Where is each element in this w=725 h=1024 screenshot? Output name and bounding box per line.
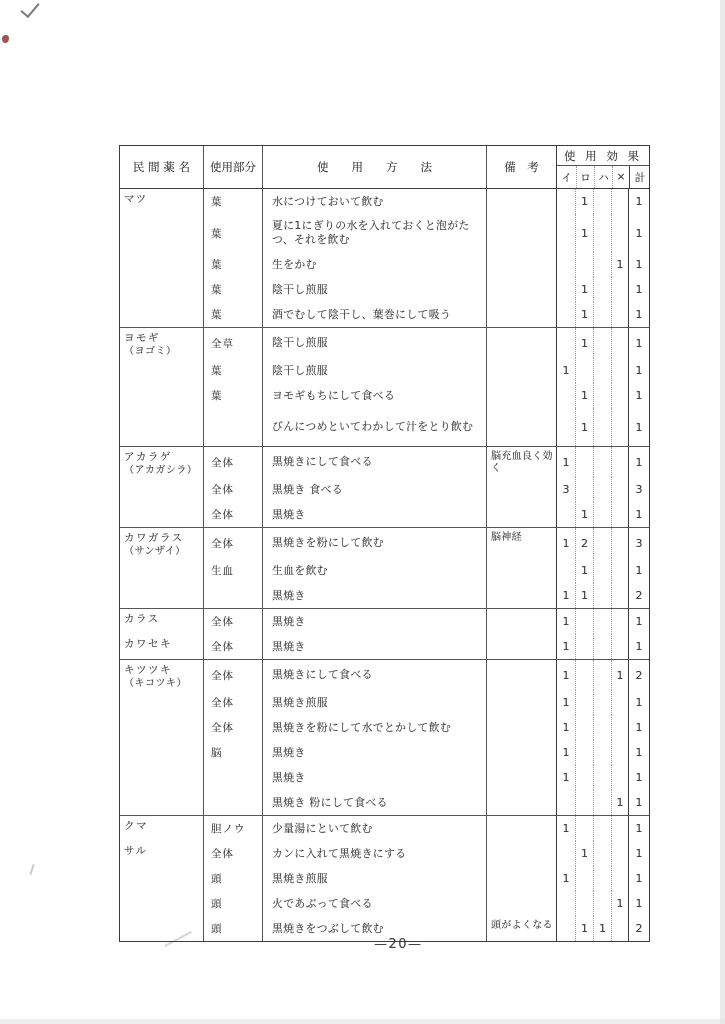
table-row: 黒焼き 粉にして食べる 1 1 bbox=[120, 790, 649, 815]
cell-effect-ro: 1 bbox=[575, 302, 593, 327]
cell-remarks bbox=[486, 558, 556, 583]
cell-effect-i bbox=[556, 189, 575, 214]
table-row: マツ 葉 水につけておいて飲む 1 1 bbox=[120, 189, 649, 214]
cell-used-part: 葉 bbox=[203, 358, 262, 383]
cell-medicine-name: カラス bbox=[120, 609, 203, 634]
cell-remarks bbox=[486, 690, 556, 715]
cell-effect-i bbox=[556, 502, 575, 527]
cell-usage-method: 黒焼き 食べる bbox=[262, 477, 486, 502]
cell-effect-x bbox=[611, 916, 628, 941]
cell-effect-x bbox=[611, 690, 628, 715]
cell-medicine-name: サル bbox=[120, 841, 203, 866]
cell-effect-ro bbox=[575, 634, 593, 659]
cell-usage-method: 黒焼き煎服 bbox=[262, 866, 486, 891]
cell-usage-method: 黒焼き bbox=[262, 634, 486, 659]
cell-usage-method: ヨモギもちにして食べる bbox=[262, 383, 486, 408]
table-row: クマ 胆ノウ 少量湯にといて飲む 1 1 bbox=[120, 815, 649, 841]
cell-effect-total: 1 bbox=[628, 841, 649, 866]
cell-effect-ro: 1 bbox=[575, 408, 593, 446]
cell-used-part: 脳 bbox=[203, 740, 262, 765]
cell-effect-total: 1 bbox=[628, 447, 649, 477]
cell-effect-i bbox=[556, 891, 575, 916]
cell-usage-method: 陰干し煎服 bbox=[262, 277, 486, 302]
cell-effect-i bbox=[556, 328, 575, 358]
cell-effect-ha bbox=[593, 634, 611, 659]
header-effect-col-x: × bbox=[612, 166, 629, 188]
cell-effect-total: 1 bbox=[628, 790, 649, 815]
cell-usage-method: 黒焼きを粉にして水でとかして飲む bbox=[262, 715, 486, 740]
cell-effect-x bbox=[611, 358, 628, 383]
cell-medicine-name bbox=[120, 383, 203, 408]
cell-effect-total: 1 bbox=[628, 558, 649, 583]
cell-medicine-name bbox=[120, 916, 203, 941]
cell-effect-ha bbox=[593, 328, 611, 358]
cell-medicine-name bbox=[120, 558, 203, 583]
cell-used-part: 頭 bbox=[203, 916, 262, 941]
cell-used-part bbox=[203, 790, 262, 815]
cell-effect-ha bbox=[593, 715, 611, 740]
cell-effect-ro bbox=[575, 609, 593, 634]
cell-effect-x bbox=[611, 277, 628, 302]
cell-usage-method: 生血を飲む bbox=[262, 558, 486, 583]
cell-effect-ha bbox=[593, 866, 611, 891]
cell-usage-method: 黒焼き bbox=[262, 609, 486, 634]
cell-remarks bbox=[486, 214, 556, 252]
cell-remarks bbox=[486, 252, 556, 277]
cell-remarks bbox=[486, 634, 556, 659]
cell-effect-x bbox=[611, 447, 628, 477]
cell-used-part: 全体 bbox=[203, 841, 262, 866]
table-row: 葉 夏に1にぎりの水を入れておくと泡がたつ、それを飲む 1 1 bbox=[120, 214, 649, 252]
cell-effect-i: 1 bbox=[556, 740, 575, 765]
header-effect-block: 使 用 効 果 イ ロ ハ × 計 bbox=[556, 146, 649, 188]
cell-effect-ha bbox=[593, 765, 611, 790]
header-usage-method: 使 用 方 法 bbox=[262, 146, 486, 188]
cell-effect-total: 1 bbox=[628, 214, 649, 252]
header-effect-subcolumns: イ ロ ハ × 計 bbox=[557, 166, 649, 188]
cell-usage-method: 黒焼き bbox=[262, 583, 486, 608]
cell-effect-i bbox=[556, 916, 575, 941]
cell-used-part: 頭 bbox=[203, 866, 262, 891]
cell-effect-i: 1 bbox=[556, 765, 575, 790]
cell-effect-x bbox=[611, 583, 628, 608]
cell-effect-x bbox=[611, 634, 628, 659]
header-effect-col-ha: ハ bbox=[594, 166, 612, 188]
cell-effect-ro bbox=[575, 358, 593, 383]
cell-usage-method: 黒焼き 粉にして食べる bbox=[262, 790, 486, 815]
cell-effect-ro: 1 bbox=[575, 189, 593, 214]
cell-effect-x: 1 bbox=[611, 252, 628, 277]
cell-effect-i: 1 bbox=[556, 715, 575, 740]
table-row: カワセキ 全体 黒焼き 1 1 bbox=[120, 634, 649, 659]
table-row: 葉 陰干し煎服 1 1 bbox=[120, 277, 649, 302]
cell-medicine-name: カワセキ bbox=[120, 634, 203, 659]
cell-effect-i: 1 bbox=[556, 866, 575, 891]
header-effect-col-total: 計 bbox=[629, 166, 650, 188]
cell-effect-i bbox=[556, 214, 575, 252]
table-row: 頭 黒焼き煎服 1 1 bbox=[120, 866, 649, 891]
cell-effect-ro bbox=[575, 866, 593, 891]
cell-remarks bbox=[486, 841, 556, 866]
cell-effect-i bbox=[556, 252, 575, 277]
cell-used-part: 全体 bbox=[203, 609, 262, 634]
cell-effect-x bbox=[611, 558, 628, 583]
cell-remarks bbox=[486, 302, 556, 327]
cell-effect-total: 1 bbox=[628, 502, 649, 527]
cell-remarks bbox=[486, 383, 556, 408]
cell-effect-ha bbox=[593, 358, 611, 383]
cell-used-part: 葉 bbox=[203, 214, 262, 252]
cell-effect-ha bbox=[593, 841, 611, 866]
cell-effect-total: 1 bbox=[628, 383, 649, 408]
cell-effect-ha: 1 bbox=[593, 916, 611, 941]
cell-effect-i: 1 bbox=[556, 690, 575, 715]
cell-used-part: 全体 bbox=[203, 634, 262, 659]
cell-usage-method: 少量湯にといて飲む bbox=[262, 816, 486, 841]
cell-usage-method: 黒焼き bbox=[262, 502, 486, 527]
cell-effect-total: 1 bbox=[628, 816, 649, 841]
cell-remarks bbox=[486, 358, 556, 383]
cell-usage-method: 夏に1にぎりの水を入れておくと泡がたつ、それを飲む bbox=[262, 214, 486, 252]
cell-usage-method: びんにつめといてわかして汁をとり飲む bbox=[262, 408, 486, 446]
cell-effect-i: 3 bbox=[556, 477, 575, 502]
cell-effect-i: 1 bbox=[556, 816, 575, 841]
cell-effect-x bbox=[611, 302, 628, 327]
cell-effect-total: 1 bbox=[628, 302, 649, 327]
cell-effect-total: 1 bbox=[628, 634, 649, 659]
cell-usage-method: 酒でむして陰干し、葉巻にして吸う bbox=[262, 302, 486, 327]
cell-remarks bbox=[486, 790, 556, 815]
cell-effect-total: 1 bbox=[628, 891, 649, 916]
cell-effect-total: 1 bbox=[628, 328, 649, 358]
pen-checkmark-artifact bbox=[20, 0, 39, 18]
cell-effect-total: 1 bbox=[628, 740, 649, 765]
table-row: 頭 火であぶって食べる 1 1 bbox=[120, 891, 649, 916]
cell-effect-ro bbox=[575, 740, 593, 765]
cell-effect-ro: 1 bbox=[575, 841, 593, 866]
cell-effect-ha bbox=[593, 891, 611, 916]
cell-effect-x bbox=[611, 866, 628, 891]
cell-effect-ro bbox=[575, 660, 593, 690]
cell-usage-method: カンに入れて黒焼きにする bbox=[262, 841, 486, 866]
cell-effect-ha bbox=[593, 558, 611, 583]
cell-medicine-name bbox=[120, 583, 203, 608]
cell-remarks bbox=[486, 660, 556, 690]
cell-effect-total: 1 bbox=[628, 252, 649, 277]
cell-effect-i bbox=[556, 383, 575, 408]
cell-usage-method: 黒焼き煎服 bbox=[262, 690, 486, 715]
cell-effect-ro bbox=[575, 790, 593, 815]
cell-medicine-name bbox=[120, 866, 203, 891]
cell-medicine-name: カワガラス（サンザイ） bbox=[120, 528, 203, 558]
cell-effect-ha bbox=[593, 690, 611, 715]
cell-effect-x: 1 bbox=[611, 891, 628, 916]
cell-effect-x bbox=[611, 816, 628, 841]
cell-effect-x bbox=[611, 214, 628, 252]
cell-medicine-name bbox=[120, 252, 203, 277]
cell-effect-ro: 1 bbox=[575, 583, 593, 608]
table-row: 脳 黒焼き 1 1 bbox=[120, 740, 649, 765]
page-number: —20— bbox=[374, 937, 423, 952]
cell-effect-ha bbox=[593, 383, 611, 408]
cell-medicine-name bbox=[120, 690, 203, 715]
cell-effect-ro: 1 bbox=[575, 383, 593, 408]
cell-effect-total: 1 bbox=[628, 408, 649, 446]
cell-used-part: 全体 bbox=[203, 477, 262, 502]
cell-effect-i: 1 bbox=[556, 634, 575, 659]
table-row: 葉 陰干し煎服 1 1 bbox=[120, 358, 649, 383]
cell-usage-method: 黒焼き bbox=[262, 765, 486, 790]
cell-medicine-name: ヨモギ（ヨゴミ） bbox=[120, 328, 203, 358]
cell-used-part: 全体 bbox=[203, 528, 262, 558]
cell-effect-ha bbox=[593, 740, 611, 765]
cell-effect-i bbox=[556, 558, 575, 583]
cell-usage-method: 黒焼き bbox=[262, 740, 486, 765]
cell-effect-x bbox=[611, 502, 628, 527]
table-row: カワガラス（サンザイ） 全体 黒焼きを粉にして飲む 脳神経 1 2 3 bbox=[120, 527, 649, 558]
cell-effect-ro bbox=[575, 765, 593, 790]
cell-used-part: 葉 bbox=[203, 383, 262, 408]
table-row: ヨモギ（ヨゴミ） 全草 陰干し煎服 1 1 bbox=[120, 327, 649, 358]
cell-effect-total: 1 bbox=[628, 866, 649, 891]
cell-remarks bbox=[486, 408, 556, 446]
cell-effect-ro bbox=[575, 891, 593, 916]
cell-effect-i bbox=[556, 841, 575, 866]
table-row: 葉 酒でむして陰干し、葉巻にして吸う 1 1 bbox=[120, 302, 649, 327]
cell-medicine-name bbox=[120, 302, 203, 327]
cell-effect-ro bbox=[575, 715, 593, 740]
cell-medicine-name: マツ bbox=[120, 189, 203, 214]
cell-remarks bbox=[486, 891, 556, 916]
cell-effect-ha bbox=[593, 816, 611, 841]
cell-used-part: 全体 bbox=[203, 447, 262, 477]
cell-medicine-name bbox=[120, 790, 203, 815]
table-row: 全体 黒焼きを粉にして水でとかして飲む 1 1 bbox=[120, 715, 649, 740]
cell-used-part: 全体 bbox=[203, 715, 262, 740]
cell-effect-i bbox=[556, 302, 575, 327]
cell-effect-ha bbox=[593, 583, 611, 608]
cell-medicine-name bbox=[120, 408, 203, 446]
cell-remarks bbox=[486, 583, 556, 608]
cell-effect-x bbox=[611, 715, 628, 740]
cell-remarks bbox=[486, 816, 556, 841]
cell-effect-i: 1 bbox=[556, 660, 575, 690]
cell-usage-method: 黒焼きを粉にして飲む bbox=[262, 528, 486, 558]
folk-medicine-table: 民 間 薬 名 使用部分 使 用 方 法 備 考 使 用 効 果 イ ロ ハ ×… bbox=[119, 145, 650, 942]
cell-effect-total: 1 bbox=[628, 715, 649, 740]
cell-effect-i bbox=[556, 408, 575, 446]
table-row: 全体 黒焼き煎服 1 1 bbox=[120, 690, 649, 715]
cell-effect-ha bbox=[593, 502, 611, 527]
cell-effect-x bbox=[611, 328, 628, 358]
header-usage-effect: 使 用 効 果 bbox=[557, 146, 649, 166]
cell-effect-i: 1 bbox=[556, 609, 575, 634]
cell-usage-method: 水につけておいて飲む bbox=[262, 189, 486, 214]
cell-used-part: 葉 bbox=[203, 252, 262, 277]
table-row: 葉 ヨモギもちにして食べる 1 1 bbox=[120, 383, 649, 408]
table-header-row: 民 間 薬 名 使用部分 使 用 方 法 備 考 使 用 効 果 イ ロ ハ ×… bbox=[120, 146, 649, 189]
cell-used-part: 頭 bbox=[203, 891, 262, 916]
table-row: アカラゲ（アカガシラ） 全体 黒焼きにして食べる 脳充血良く効く 1 1 bbox=[120, 446, 649, 477]
cell-effect-x bbox=[611, 408, 628, 446]
table-body: マツ 葉 水につけておいて飲む 1 1 葉 夏に1にぎりの水を入れておくと泡がた… bbox=[120, 189, 649, 941]
cell-effect-ha bbox=[593, 447, 611, 477]
cell-remarks: 頭がよくなる bbox=[486, 916, 556, 941]
cell-effect-ha bbox=[593, 790, 611, 815]
cell-effect-i: 1 bbox=[556, 583, 575, 608]
table-row: びんにつめといてわかして汁をとり飲む 1 1 bbox=[120, 408, 649, 446]
cell-effect-total: 1 bbox=[628, 765, 649, 790]
cell-effect-x bbox=[611, 740, 628, 765]
cell-effect-i: 1 bbox=[556, 528, 575, 558]
cell-used-part bbox=[203, 408, 262, 446]
cell-effect-total: 2 bbox=[628, 660, 649, 690]
cell-effect-ro: 1 bbox=[575, 328, 593, 358]
cell-usage-method: 黒焼きにして食べる bbox=[262, 660, 486, 690]
cell-remarks bbox=[486, 477, 556, 502]
cell-usage-method: 黒焼きにして食べる bbox=[262, 447, 486, 477]
cell-remarks bbox=[486, 189, 556, 214]
cell-remarks: 脳充血良く効く bbox=[486, 447, 556, 477]
cell-used-part: 全草 bbox=[203, 328, 262, 358]
cell-effect-i bbox=[556, 790, 575, 815]
header-used-part: 使用部分 bbox=[203, 146, 262, 188]
cell-remarks bbox=[486, 740, 556, 765]
cell-usage-method: 陰干し煎服 bbox=[262, 358, 486, 383]
cell-remarks: 脳神経 bbox=[486, 528, 556, 558]
cell-effect-ha bbox=[593, 528, 611, 558]
cell-effect-x bbox=[611, 765, 628, 790]
cell-effect-ha bbox=[593, 408, 611, 446]
table-row: カラス 全体 黒焼き 1 1 bbox=[120, 608, 649, 634]
cell-effect-ro: 1 bbox=[575, 214, 593, 252]
cell-effect-x: 1 bbox=[611, 660, 628, 690]
cell-remarks bbox=[486, 328, 556, 358]
cell-medicine-name: キツツキ（キコツキ） bbox=[120, 660, 203, 690]
cell-effect-i: 1 bbox=[556, 447, 575, 477]
table-row: 黒焼き 1 1 bbox=[120, 765, 649, 790]
cell-medicine-name bbox=[120, 740, 203, 765]
cell-used-part: 葉 bbox=[203, 302, 262, 327]
cell-effect-x bbox=[611, 189, 628, 214]
cell-effect-total: 1 bbox=[628, 358, 649, 383]
cell-effect-ro bbox=[575, 252, 593, 277]
cell-medicine-name bbox=[120, 358, 203, 383]
cell-used-part: 葉 bbox=[203, 277, 262, 302]
cell-effect-x: 1 bbox=[611, 790, 628, 815]
table-row: サル 全体 カンに入れて黒焼きにする 1 1 bbox=[120, 841, 649, 866]
cell-effect-total: 1 bbox=[628, 690, 649, 715]
cell-medicine-name bbox=[120, 891, 203, 916]
red-ink-spot-artifact bbox=[2, 35, 9, 43]
header-medicine-name: 民 間 薬 名 bbox=[120, 146, 203, 188]
cell-usage-method: 生をかむ bbox=[262, 252, 486, 277]
cell-remarks bbox=[486, 715, 556, 740]
cell-remarks bbox=[486, 765, 556, 790]
cell-medicine-name: アカラゲ（アカガシラ） bbox=[120, 447, 203, 477]
cell-medicine-name bbox=[120, 477, 203, 502]
table-row: 全体 黒焼き 1 1 bbox=[120, 502, 649, 527]
cell-effect-ha bbox=[593, 214, 611, 252]
cell-remarks bbox=[486, 277, 556, 302]
cell-effect-i bbox=[556, 277, 575, 302]
cell-effect-total: 2 bbox=[628, 583, 649, 608]
cell-medicine-name: クマ bbox=[120, 816, 203, 841]
cell-effect-ha bbox=[593, 477, 611, 502]
header-remarks: 備 考 bbox=[486, 146, 556, 188]
cell-effect-i: 1 bbox=[556, 358, 575, 383]
cell-used-part: 全体 bbox=[203, 502, 262, 527]
cell-effect-x bbox=[611, 609, 628, 634]
cell-effect-total: 3 bbox=[628, 528, 649, 558]
cell-effect-x bbox=[611, 528, 628, 558]
cell-effect-x bbox=[611, 841, 628, 866]
cell-remarks bbox=[486, 502, 556, 527]
header-effect-col-ro: ロ bbox=[576, 166, 594, 188]
cell-effect-ro bbox=[575, 477, 593, 502]
table-row: 黒焼き 1 1 2 bbox=[120, 583, 649, 608]
cell-used-part: 葉 bbox=[203, 189, 262, 214]
cell-effect-ha bbox=[593, 609, 611, 634]
cell-medicine-name bbox=[120, 214, 203, 252]
cell-effect-x bbox=[611, 383, 628, 408]
cell-medicine-name bbox=[120, 715, 203, 740]
cell-effect-ro bbox=[575, 690, 593, 715]
table-row: 生血 生血を飲む 1 1 bbox=[120, 558, 649, 583]
cell-effect-ha bbox=[593, 277, 611, 302]
table-row: 葉 生をかむ 1 1 bbox=[120, 252, 649, 277]
cell-remarks bbox=[486, 609, 556, 634]
cell-medicine-name bbox=[120, 502, 203, 527]
cell-effect-ro: 1 bbox=[575, 277, 593, 302]
cell-usage-method: 陰干し煎服 bbox=[262, 328, 486, 358]
scan-edge-bottom bbox=[0, 1019, 725, 1024]
cell-effect-total: 1 bbox=[628, 277, 649, 302]
cell-effect-ro: 2 bbox=[575, 528, 593, 558]
cell-used-part: 生血 bbox=[203, 558, 262, 583]
cell-used-part: 胆ノウ bbox=[203, 816, 262, 841]
cell-effect-ro: 1 bbox=[575, 502, 593, 527]
cell-effect-ro bbox=[575, 816, 593, 841]
cell-effect-total: 2 bbox=[628, 916, 649, 941]
cell-used-part bbox=[203, 583, 262, 608]
cell-used-part: 全体 bbox=[203, 660, 262, 690]
table-row: 全体 黒焼き 食べる 3 3 bbox=[120, 477, 649, 502]
cell-effect-ro bbox=[575, 447, 593, 477]
cell-medicine-name bbox=[120, 765, 203, 790]
cell-used-part: 全体 bbox=[203, 690, 262, 715]
cell-effect-x bbox=[611, 477, 628, 502]
cell-effect-ha bbox=[593, 660, 611, 690]
cell-effect-ha bbox=[593, 189, 611, 214]
cell-usage-method: 火であぶって食べる bbox=[262, 891, 486, 916]
cell-effect-ha bbox=[593, 302, 611, 327]
cell-effect-ha bbox=[593, 252, 611, 277]
stray-tick-artifact bbox=[29, 864, 34, 875]
cell-effect-ro: 1 bbox=[575, 558, 593, 583]
header-effect-col-i: イ bbox=[557, 166, 576, 188]
table-row: キツツキ（キコツキ） 全体 黒焼きにして食べる 1 1 2 bbox=[120, 659, 649, 690]
cell-remarks bbox=[486, 866, 556, 891]
cell-effect-total: 1 bbox=[628, 609, 649, 634]
cell-effect-total: 1 bbox=[628, 189, 649, 214]
scan-edge-right bbox=[720, 0, 725, 1024]
cell-used-part bbox=[203, 765, 262, 790]
cell-effect-ro: 1 bbox=[575, 916, 593, 941]
cell-effect-total: 3 bbox=[628, 477, 649, 502]
cell-medicine-name bbox=[120, 277, 203, 302]
